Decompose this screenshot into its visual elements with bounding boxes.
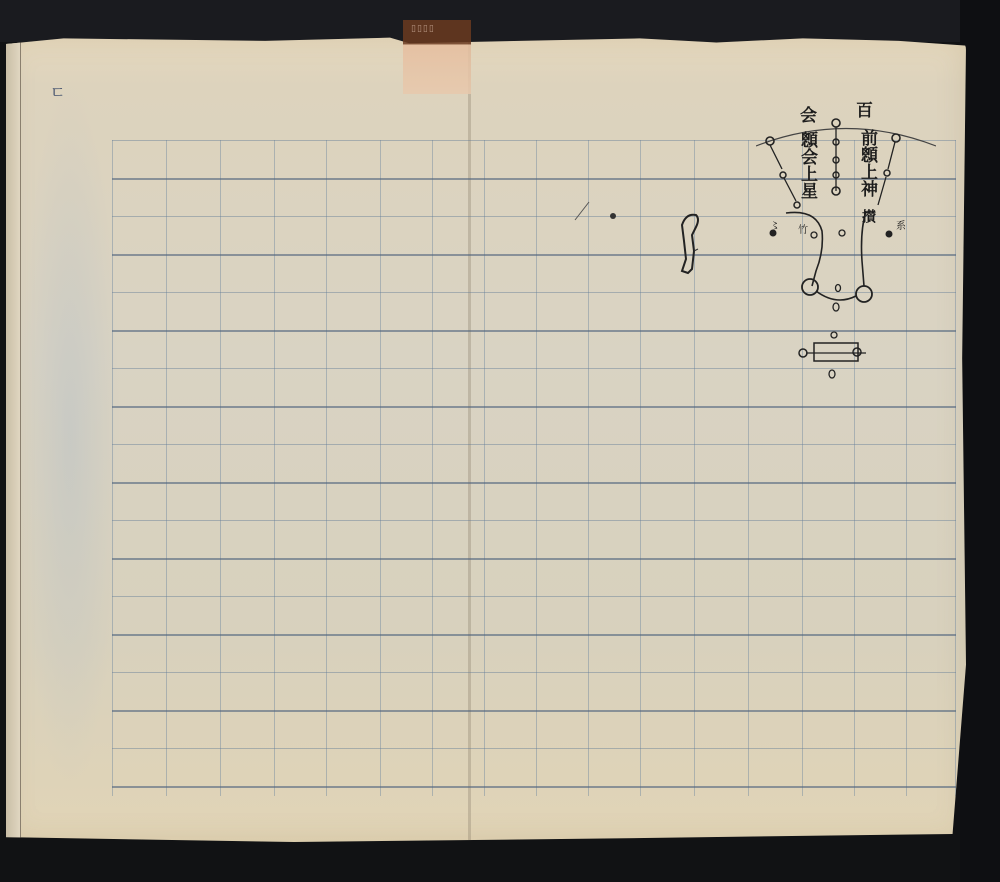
label-left-column: 顖会上星 [797,131,816,199]
label-left-outer: 〻 [770,221,780,232]
ink-stroke-mark [571,198,631,232]
manuscript-page: ㄷ [6,36,966,842]
library-stamp: ▯▯▯▯ [403,20,471,94]
label-right-column: 前顖上神 [857,129,876,197]
scan-background-right [960,0,1000,882]
label-top-right: 百 [852,101,871,118]
face-acupoint-diagram: 百 会 前顖上神 攅 顖会上星 竹 〻 系 [756,91,936,391]
stamp-text: ▯▯▯▯ [411,24,435,34]
corner-mark: ㄷ [50,80,65,103]
label-right-column-lower: 攅 [858,209,877,223]
paper-stain [20,76,120,796]
ear-drawing-icon [676,211,706,281]
scan-background-top [0,0,1000,42]
label-left-eye: 竹 [798,225,808,236]
label-right-outer: 系 [896,221,906,232]
binding-edge [6,36,21,842]
label-top-left: 会 [796,106,815,123]
